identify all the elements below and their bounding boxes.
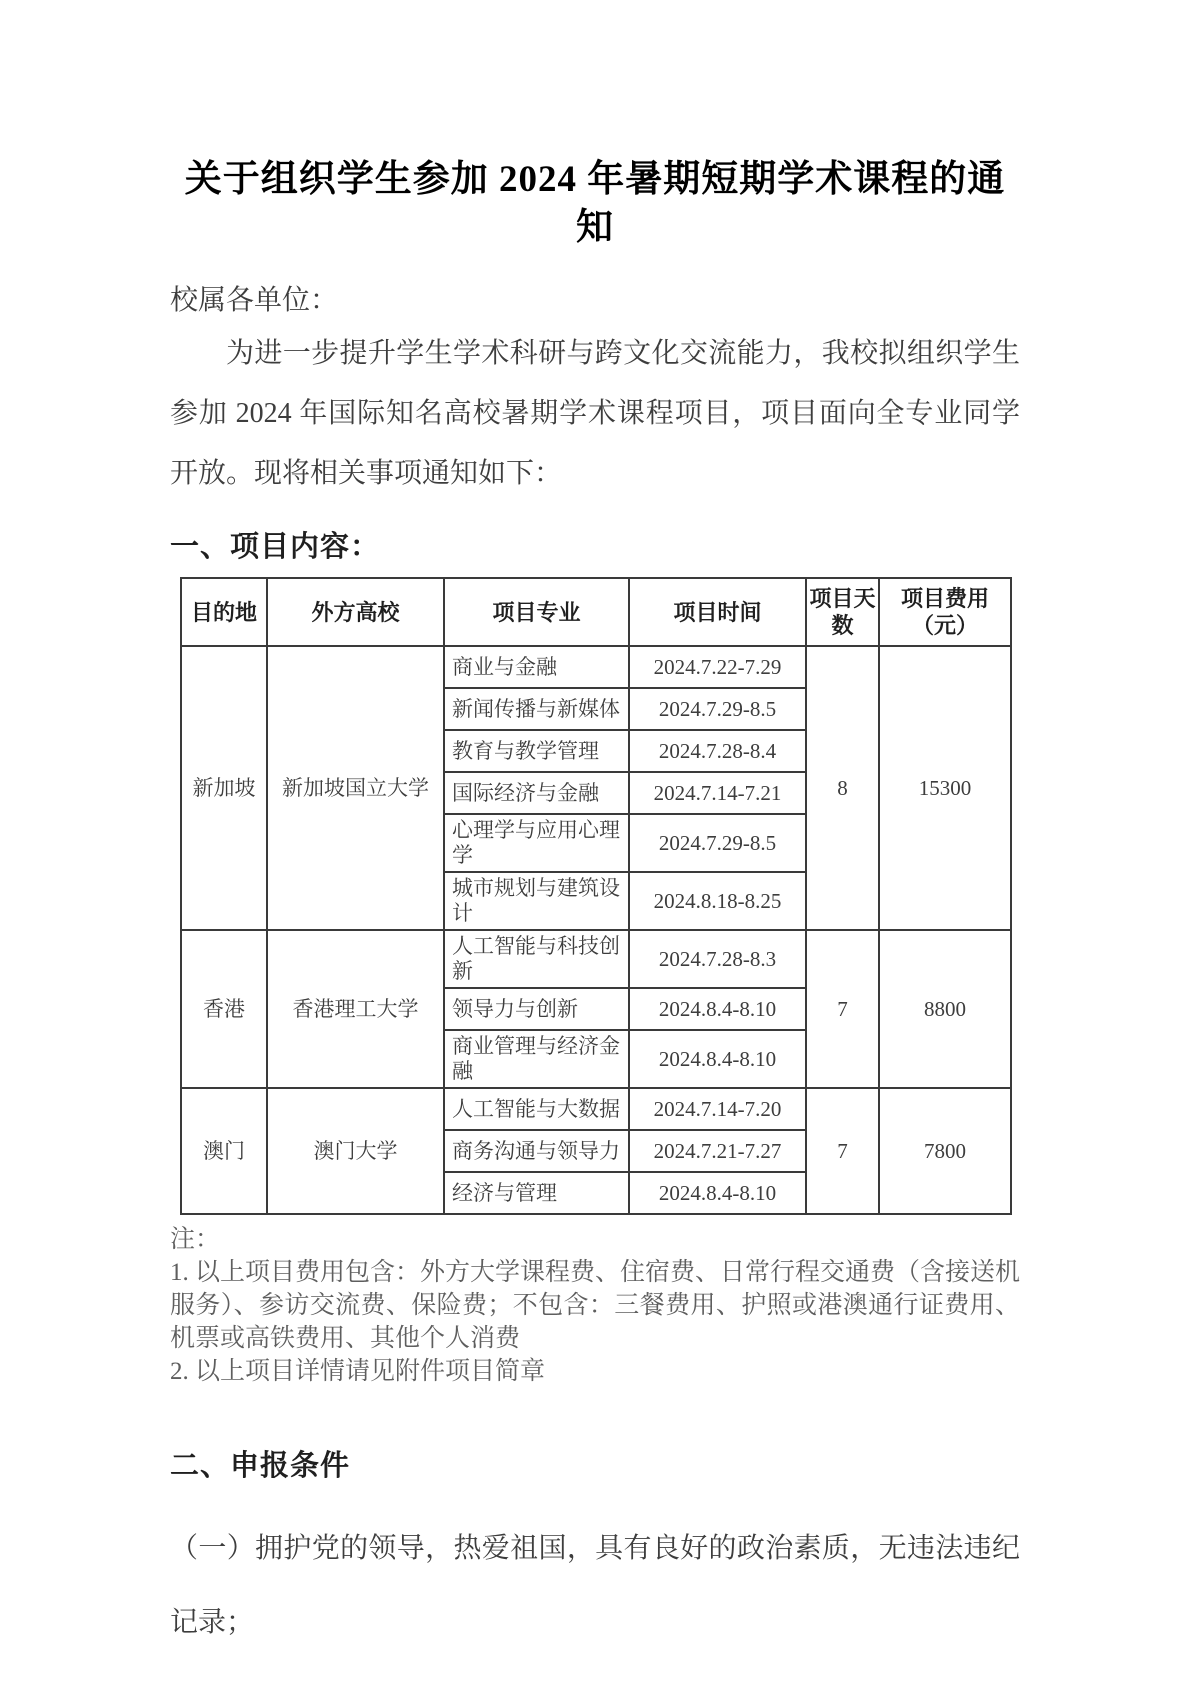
- section2-heading: 二、申报条件: [170, 1443, 1020, 1484]
- destination-cell: 新加坡: [181, 646, 267, 930]
- salutation: 校属各单位：: [170, 278, 1020, 318]
- major-cell: 新闻传播与新媒体: [444, 688, 629, 730]
- major-cell: 教育与教学管理: [444, 730, 629, 772]
- header-dates: 项目时间: [629, 578, 806, 646]
- university-cell: 澳门大学: [267, 1088, 444, 1214]
- section2-item-1: （一）拥护党的领导，热爱祖国，具有良好的政治素质，无违法违纪记录；: [170, 1512, 1020, 1660]
- program-table: 目的地 外方高校 项目专业 项目时间 项目天数 项目费用（元） 新加坡新加坡国立…: [180, 577, 1012, 1215]
- table-row: 香港香港理工大学人工智能与科技创新2024.7.28-8.378800: [181, 930, 1011, 988]
- university-cell: 香港理工大学: [267, 930, 444, 1088]
- dates-cell: 2024.7.29-8.5: [629, 688, 806, 730]
- fee-cell: 7800: [879, 1088, 1011, 1214]
- dates-cell: 2024.7.28-8.4: [629, 730, 806, 772]
- notes-block: 注： 1. 以上项目费用包含：外方大学课程费、住宿费、日常行程交通费（含接送机服…: [170, 1223, 1020, 1388]
- table-row: 澳门澳门大学人工智能与大数据2024.7.14-7.2077800: [181, 1088, 1011, 1130]
- intro-paragraph: 为进一步提升学生学术科研与跨文化交流能力，我校拟组织学生参加 2024 年国际知…: [170, 324, 1020, 504]
- fee-cell: 15300: [879, 646, 1011, 930]
- dates-cell: 2024.8.4-8.10: [629, 1172, 806, 1214]
- major-cell: 人工智能与科技创新: [444, 930, 629, 988]
- major-cell: 经济与管理: [444, 1172, 629, 1214]
- university-cell: 新加坡国立大学: [267, 646, 444, 930]
- fee-cell: 8800: [879, 930, 1011, 1088]
- destination-cell: 澳门: [181, 1088, 267, 1214]
- note-item-1: 1. 以上项目费用包含：外方大学课程费、住宿费、日常行程交通费（含接送机服务）、…: [170, 1256, 1020, 1355]
- dates-cell: 2024.7.14-7.20: [629, 1088, 806, 1130]
- major-cell: 商业与金融: [444, 646, 629, 688]
- table-row: 新加坡新加坡国立大学商业与金融2024.7.22-7.29815300: [181, 646, 1011, 688]
- header-days: 项目天数: [806, 578, 879, 646]
- major-cell: 城市规划与建筑设计: [444, 872, 629, 930]
- days-cell: 7: [806, 1088, 879, 1214]
- dates-cell: 2024.7.14-7.21: [629, 772, 806, 814]
- major-cell: 人工智能与大数据: [444, 1088, 629, 1130]
- doc-title: 关于组织学生参加 2024 年暑期短期学术课程的通知: [170, 156, 1020, 252]
- dates-cell: 2024.7.22-7.29: [629, 646, 806, 688]
- major-cell: 商务沟通与领导力: [444, 1130, 629, 1172]
- major-cell: 国际经济与金融: [444, 772, 629, 814]
- major-cell: 心理学与应用心理学: [444, 814, 629, 872]
- header-fee: 项目费用（元）: [879, 578, 1011, 646]
- notice-page: 关于组织学生参加 2024 年暑期短期学术课程的通知 校属各单位： 为进一步提升…: [0, 0, 1191, 1684]
- dates-cell: 2024.7.21-7.27: [629, 1130, 806, 1172]
- notes-label: 注：: [170, 1223, 1020, 1256]
- dates-cell: 2024.7.28-8.3: [629, 930, 806, 988]
- header-destination: 目的地: [181, 578, 267, 646]
- major-cell: 商业管理与经济金融: [444, 1030, 629, 1088]
- days-cell: 7: [806, 930, 879, 1088]
- table-header-row: 目的地 外方高校 项目专业 项目时间 项目天数 项目费用（元）: [181, 578, 1011, 646]
- major-cell: 领导力与创新: [444, 988, 629, 1030]
- program-table-body: 新加坡新加坡国立大学商业与金融2024.7.22-7.29815300新闻传播与…: [181, 646, 1011, 1214]
- dates-cell: 2024.8.18-8.25: [629, 872, 806, 930]
- dates-cell: 2024.8.4-8.10: [629, 1030, 806, 1088]
- note-item-2: 2. 以上项目详情请见附件项目简章: [170, 1355, 1020, 1388]
- dates-cell: 2024.8.4-8.10: [629, 988, 806, 1030]
- header-university: 外方高校: [267, 578, 444, 646]
- destination-cell: 香港: [181, 930, 267, 1088]
- section1-heading: 一、项目内容：: [170, 524, 1020, 565]
- header-major: 项目专业: [444, 578, 629, 646]
- days-cell: 8: [806, 646, 879, 930]
- dates-cell: 2024.7.29-8.5: [629, 814, 806, 872]
